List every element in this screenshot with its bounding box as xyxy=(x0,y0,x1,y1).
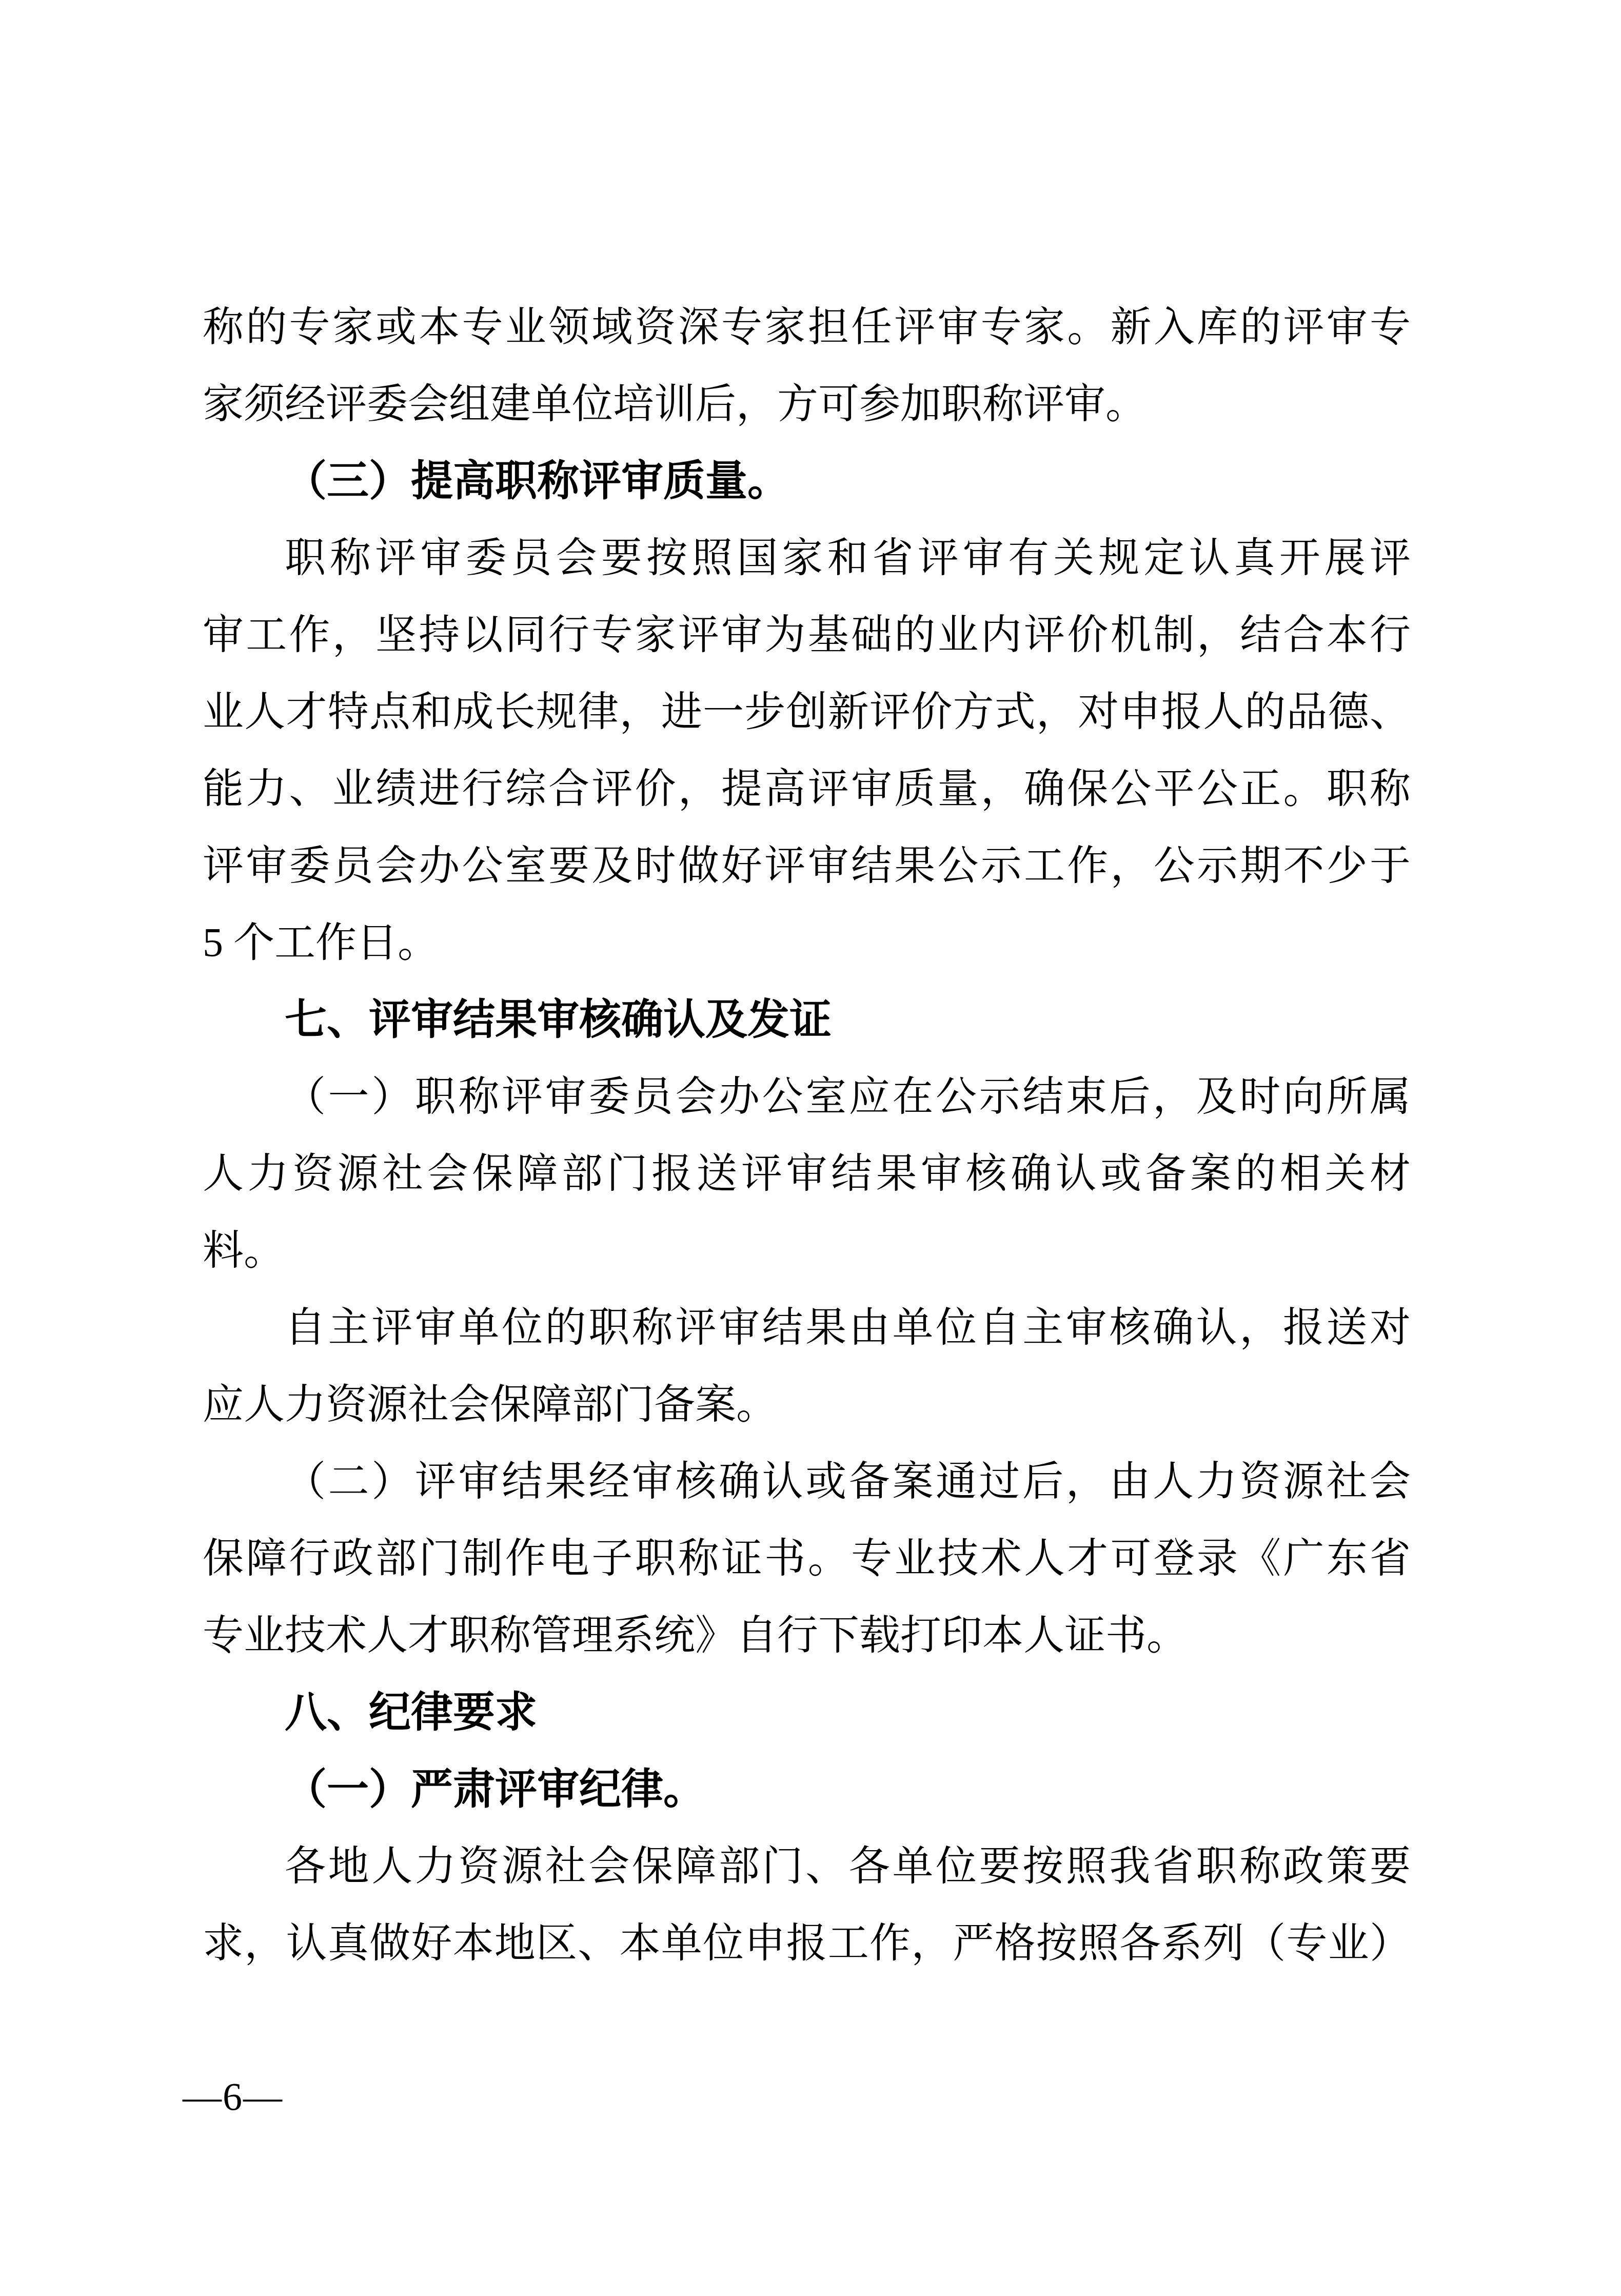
text-line: 自主评审单位的职称评审结果由单位自主审核确认，报送对 xyxy=(203,1289,1411,1366)
heading-line: （一）严肃评审纪律。 xyxy=(203,1751,1411,1828)
document-page: 称的专家或本专业领域资深专家担任评审专家。新入库的评审专家须经评委会组建单位培训… xyxy=(0,0,1621,2296)
text-line: 人力资源社会保障部门报送评审结果审核确认或备案的相关材 xyxy=(203,1135,1411,1212)
text-line: 能力、业绩进行综合评价，提高评审质量，确保公平公正。职称 xyxy=(203,751,1411,828)
text-line: 业人才特点和成长规律，进一步创新评价方式，对申报人的品德、 xyxy=(203,674,1411,751)
heading-line: 七、评审结果审核确认及发证 xyxy=(203,982,1411,1058)
page-number: —6— xyxy=(183,2074,283,2120)
text-line: 应人力资源社会保障部门备案。 xyxy=(203,1366,1411,1443)
text-line: 专业技术人才职称管理系统》自行下载打印本人证书。 xyxy=(203,1597,1411,1674)
text-line: 5 个工作日。 xyxy=(203,905,1411,982)
text-line: 家须经评委会组建单位培训后，方可参加职称评审。 xyxy=(203,366,1411,443)
text-line: （一）职称评审委员会办公室应在公示结束后，及时向所属 xyxy=(203,1058,1411,1135)
heading-line: （三）提高职称评审质量。 xyxy=(203,443,1411,520)
text-line: 各地人力资源社会保障部门、各单位要按照我省职称政策要 xyxy=(203,1828,1411,1905)
text-line: （二）评审结果经审核确认或备案通过后，由人力资源社会 xyxy=(203,1443,1411,1520)
heading-line: 八、纪律要求 xyxy=(203,1674,1411,1751)
text-line: 称的专家或本专业领域资深专家担任评审专家。新入库的评审专 xyxy=(203,289,1411,366)
text-line: 职称评审委员会要按照国家和省评审有关规定认真开展评 xyxy=(203,520,1411,597)
text-line: 保障行政部门制作电子职称证书。专业技术人才可登录《广东省 xyxy=(203,1520,1411,1597)
text-line: 评审委员会办公室要及时做好评审结果公示工作，公示期不少于 xyxy=(203,828,1411,905)
text-line: 审工作，坚持以同行专家评审为基础的业内评价机制，结合本行 xyxy=(203,597,1411,674)
text-line: 料。 xyxy=(203,1212,1411,1289)
text-line: 求，认真做好本地区、本单位申报工作，严格按照各系列（专业） xyxy=(203,1905,1411,1982)
document-body: 称的专家或本专业领域资深专家担任评审专家。新入库的评审专家须经评委会组建单位培训… xyxy=(203,289,1411,1982)
